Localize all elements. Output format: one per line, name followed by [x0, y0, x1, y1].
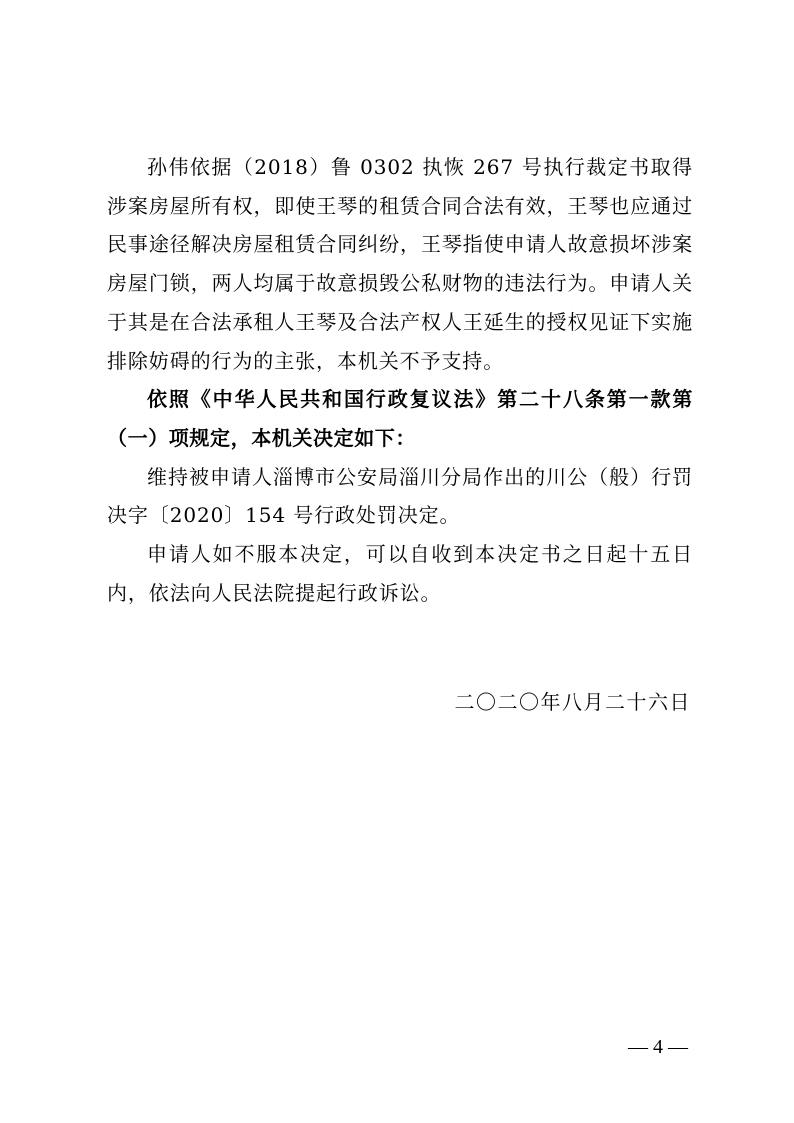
document-page: 孙伟依据（2018）鲁 0302 执恢 267 号执行裁定书取得涉案房屋所有权，…: [0, 0, 794, 1123]
paragraph-legal-basis: 依照《中华人民共和国行政复议法》第二十八条第一款第（一）项规定，本机关决定如下：: [107, 380, 693, 457]
paragraph-appeal-notice: 申请人如不服本决定，可以自收到本决定书之日起十五日内，依法向人民法院提起行政诉讼…: [107, 535, 693, 612]
page-number: — 4 —: [628, 1036, 688, 1059]
paragraph-reasoning: 孙伟依据（2018）鲁 0302 执恢 267 号执行裁定书取得涉案房屋所有权，…: [107, 148, 693, 380]
document-date: 二〇二〇年八月二十六日: [455, 686, 692, 715]
paragraph-decision: 维持被申请人淄博市公安局淄川分局作出的川公（般）行罚决字〔2020〕154 号行…: [107, 458, 693, 535]
document-body: 孙伟依据（2018）鲁 0302 执恢 267 号执行裁定书取得涉案房屋所有权，…: [107, 148, 693, 612]
